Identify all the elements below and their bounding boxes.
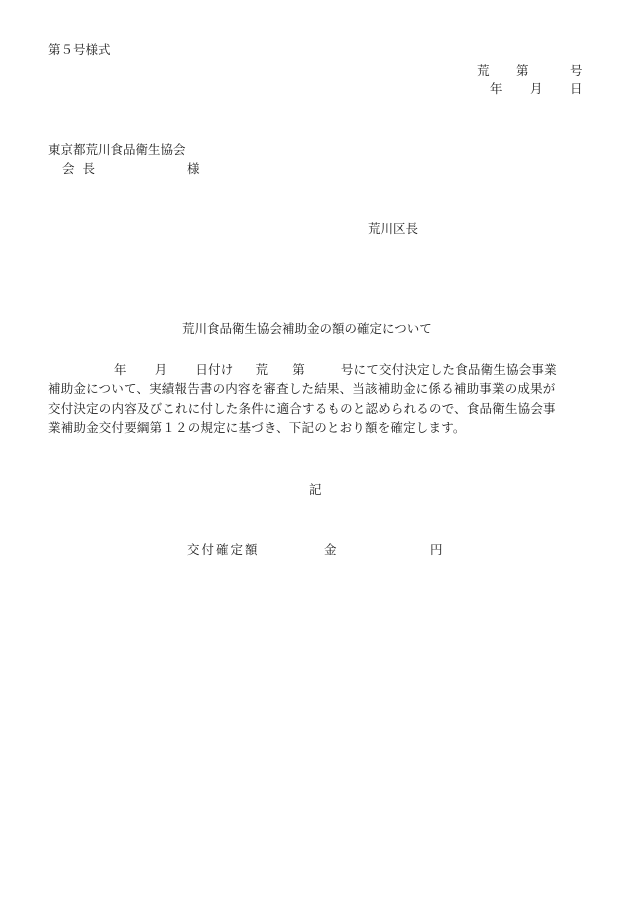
body-line-3: 交付決定の内容及びこれに付した条件に適合するものと認められるので、食品衛生協会事 <box>48 399 588 418</box>
body-year: 年 <box>114 362 127 377</box>
ref-dai: 第 <box>516 63 529 79</box>
ref-prefix: 荒 <box>477 63 490 79</box>
amount-unit: 円 <box>430 542 443 558</box>
body-line-1: 年月日付け荒第号にて交付決定した食品衛生協会事業 <box>48 360 588 379</box>
body-paragraph: 年月日付け荒第号にて交付決定した食品衛生協会事業 補助金について、実績報告書の内… <box>48 360 588 437</box>
date-day: 日 <box>570 81 583 97</box>
form-number: 第５号様式 <box>48 42 111 58</box>
recipient-title: 会 長 <box>62 161 97 177</box>
body-ref-prefix: 荒 <box>256 362 269 377</box>
amount-label: 交付確定額 <box>187 542 260 558</box>
recipient-honorific: 様 <box>187 161 200 177</box>
body-line-4: 業補助金交付要綱第１２の規定に基づき、下記のとおり額を確定します。 <box>48 418 588 437</box>
body-day: 日付け <box>195 362 233 377</box>
body-line-1-rest: 号にて交付決定した食品衛生協会事業 <box>341 362 557 377</box>
document-title: 荒川食品衛生協会補助金の額の確定について <box>182 321 432 337</box>
ki-heading: 記 <box>309 482 322 498</box>
amount-prefix: 金 <box>324 542 337 558</box>
date-year: 年 <box>490 81 503 97</box>
recipient-organization: 東京都荒川食品衛生協会 <box>48 142 186 158</box>
body-month: 月 <box>155 362 168 377</box>
date-month: 月 <box>530 81 543 97</box>
body-ref-dai: 第 <box>292 362 305 377</box>
sender: 荒川区長 <box>368 221 418 237</box>
body-line-2: 補助金について、実績報告書の内容を審査した結果、当該補助金に係る補助事業の成果が <box>48 379 588 398</box>
ref-go: 号 <box>570 63 583 79</box>
